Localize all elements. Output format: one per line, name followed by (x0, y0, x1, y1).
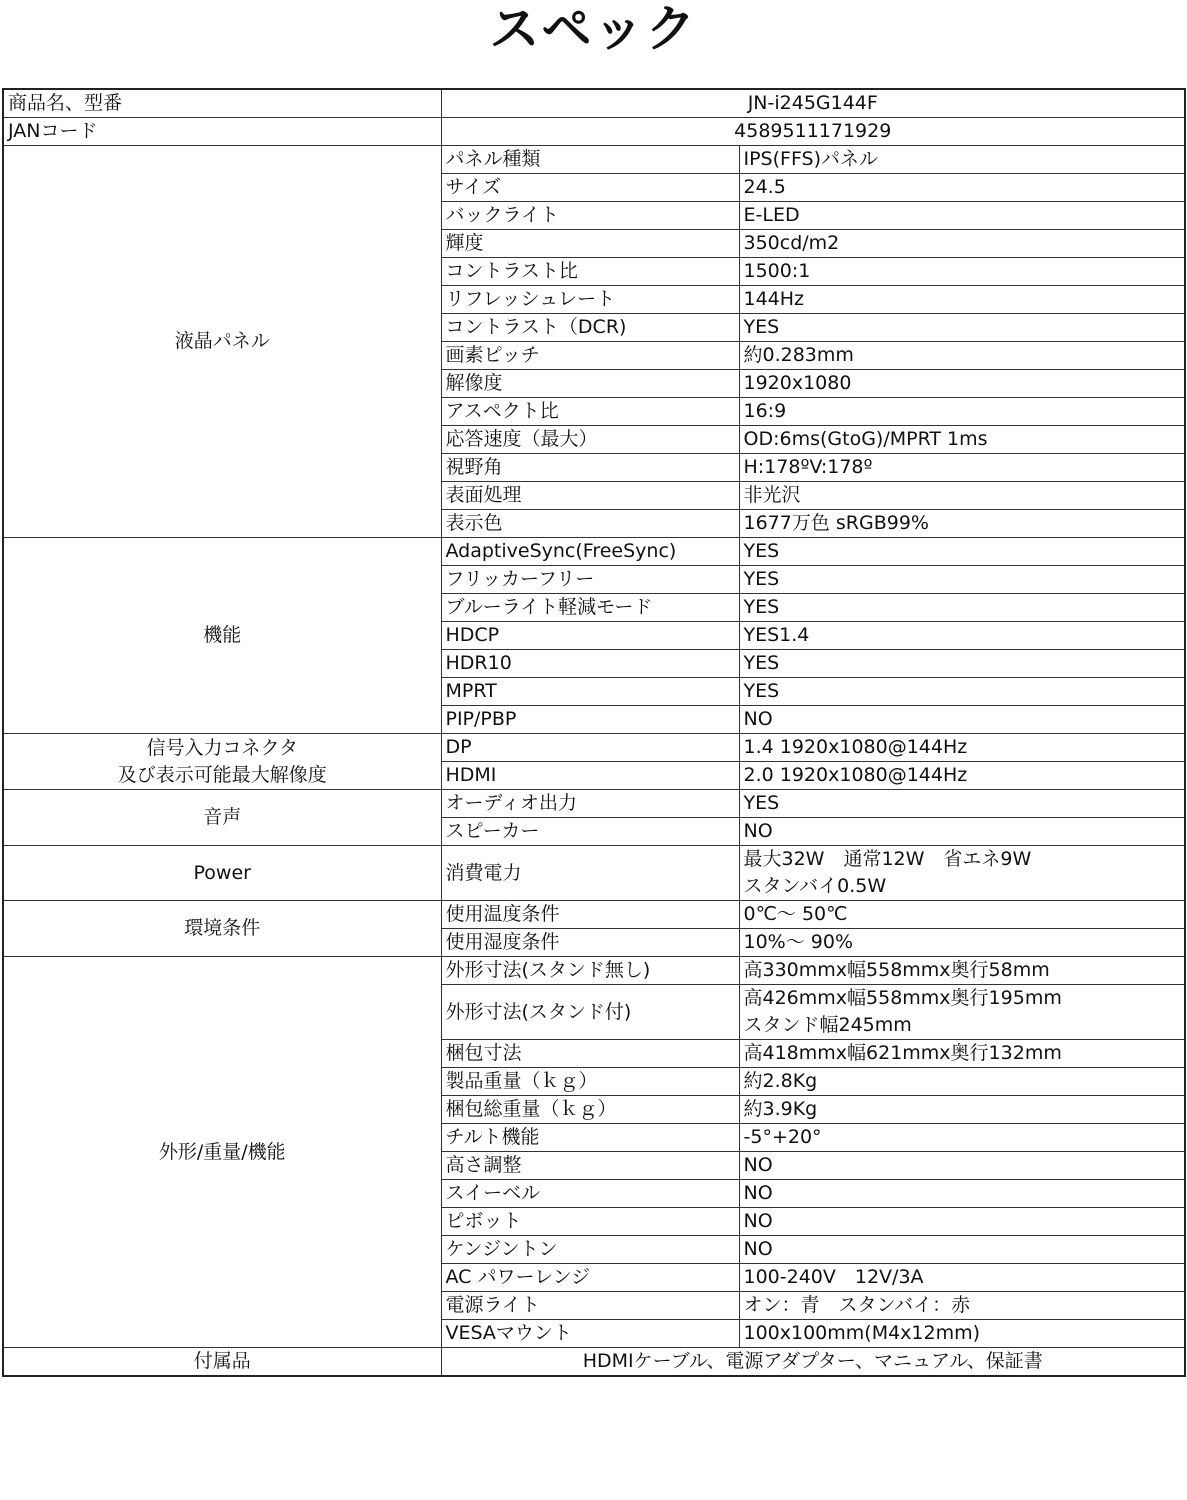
row-value: 100x100mm(M4x12mm) (739, 1320, 1185, 1348)
row-value: 約0.283mm (739, 342, 1185, 370)
row-label: MPRT (441, 678, 739, 706)
row-label: スピーカー (441, 818, 739, 846)
category-cell: 信号入力コネクタ 及び表示可能最大解像度 (3, 734, 441, 790)
row-label: 表面処理 (441, 482, 739, 510)
row-value: 350cd/m2 (739, 230, 1185, 258)
table-row: Power 消費電力 最大32W 通常12W 省エネ9W スタンバイ0.5W (3, 846, 1185, 901)
row-value: 10%～ 90% (739, 929, 1185, 957)
row-value: HDMIケーブル、電源アダプター、マニュアル、保証書 (441, 1348, 1185, 1377)
row-value: 0℃～ 50℃ (739, 901, 1185, 929)
row-label: バックライト (441, 202, 739, 230)
row-label: AC パワーレンジ (441, 1264, 739, 1292)
row-value: IPS(FFS)パネル (739, 146, 1185, 174)
row-value: NO (739, 706, 1185, 734)
spec-table: 商品名、型番 JN-i245G144F JANコード 4589511171929… (2, 88, 1186, 1377)
row-label: オーディオ出力 (441, 790, 739, 818)
row-label: 視野角 (441, 454, 739, 482)
table-row: 外形/重量/機能 外形寸法(スタンド無し) 高330mmx幅558mmx奥行58… (3, 957, 1185, 985)
category-cell: 液晶パネル (3, 146, 441, 538)
row-value: YES (739, 790, 1185, 818)
row-label: 高さ調整 (441, 1152, 739, 1180)
row-value: 最大32W 通常12W 省エネ9W スタンバイ0.5W (739, 846, 1185, 901)
table-row: 環境条件 使用温度条件 0℃～ 50℃ (3, 901, 1185, 929)
table-row-jan: JANコード 4589511171929 (3, 118, 1185, 146)
row-label: ピボット (441, 1208, 739, 1236)
row-value: YES (739, 314, 1185, 342)
row-label: 表示色 (441, 510, 739, 538)
row-value: 1.4 1920x1080@144Hz (739, 734, 1185, 762)
row-label: サイズ (441, 174, 739, 202)
row-value: 4589511171929 (441, 118, 1185, 146)
row-value: 16:9 (739, 398, 1185, 426)
value-line: スタンド幅245mm (744, 1012, 1181, 1039)
row-value: NO (739, 1152, 1185, 1180)
table-row-model: 商品名、型番 JN-i245G144F (3, 89, 1185, 118)
row-value: 1677万色 sRGB99% (739, 510, 1185, 538)
row-label: アスペクト比 (441, 398, 739, 426)
row-value: YES (739, 594, 1185, 622)
row-value: NO (739, 1180, 1185, 1208)
row-label: HDR10 (441, 650, 739, 678)
row-value: YES (739, 678, 1185, 706)
row-value: 1500:1 (739, 258, 1185, 286)
category-line: 信号入力コネクタ (8, 735, 437, 762)
row-value: 高418mmx幅621mmx奥行132mm (739, 1040, 1185, 1068)
value-line: 高426mmx幅558mmx奥行195mm (744, 985, 1181, 1012)
row-value: オン：青 スタンバイ：赤 (739, 1292, 1185, 1320)
category-cell: 環境条件 (3, 901, 441, 957)
row-value: 高426mmx幅558mmx奥行195mm スタンド幅245mm (739, 985, 1185, 1040)
row-value: 非光沢 (739, 482, 1185, 510)
category-cell: 音声 (3, 790, 441, 846)
row-label: 梱包総重量（ｋｇ） (441, 1096, 739, 1124)
value-line: 最大32W 通常12W 省エネ9W (744, 846, 1181, 873)
row-label: 外形寸法(スタンド付) (441, 985, 739, 1040)
row-value: NO (739, 1208, 1185, 1236)
row-label: 商品名、型番 (3, 89, 441, 118)
row-label: AdaptiveSync(FreeSync) (441, 538, 739, 566)
category-cell: Power (3, 846, 441, 901)
row-label: 外形寸法(スタンド無し) (441, 957, 739, 985)
row-label: 電源ライト (441, 1292, 739, 1320)
table-row-accessories: 付属品 HDMIケーブル、電源アダプター、マニュアル、保証書 (3, 1348, 1185, 1377)
row-label: リフレッシュレート (441, 286, 739, 314)
row-value: E-LED (739, 202, 1185, 230)
row-label: コントラスト比 (441, 258, 739, 286)
row-value: YES (739, 566, 1185, 594)
table-row: 液晶パネル パネル種類 IPS(FFS)パネル (3, 146, 1185, 174)
row-label: 製品重量（ｋｇ） (441, 1068, 739, 1096)
row-label: VESAマウント (441, 1320, 739, 1348)
table-row: 機能 AdaptiveSync(FreeSync) YES (3, 538, 1185, 566)
row-value: 24.5 (739, 174, 1185, 202)
row-label: 使用湿度条件 (441, 929, 739, 957)
row-value: 1920x1080 (739, 370, 1185, 398)
category-cell: 機能 (3, 538, 441, 734)
row-label: JANコード (3, 118, 441, 146)
row-value: 100-240V 12V/3A (739, 1264, 1185, 1292)
row-value: YES (739, 538, 1185, 566)
page-title: スペック (0, 0, 1187, 62)
row-value: H:178ºV:178º (739, 454, 1185, 482)
table-row: 音声 オーディオ出力 YES (3, 790, 1185, 818)
row-value: YES (739, 650, 1185, 678)
row-label: HDCP (441, 622, 739, 650)
row-label: 解像度 (441, 370, 739, 398)
row-label: 応答速度（最大） (441, 426, 739, 454)
value-line: スタンバイ0.5W (744, 873, 1181, 900)
table-row: 信号入力コネクタ 及び表示可能最大解像度 DP 1.4 1920x1080@14… (3, 734, 1185, 762)
row-label: 画素ピッチ (441, 342, 739, 370)
row-label: 梱包寸法 (441, 1040, 739, 1068)
category-line: 及び表示可能最大解像度 (8, 762, 437, 789)
row-value: 約2.8Kg (739, 1068, 1185, 1096)
row-label: 消費電力 (441, 846, 739, 901)
row-label: フリッカーフリー (441, 566, 739, 594)
row-value: 高330mmx幅558mmx奥行58mm (739, 957, 1185, 985)
row-label: ブルーライト軽減モード (441, 594, 739, 622)
category-cell: 付属品 (3, 1348, 441, 1377)
row-label: HDMI (441, 762, 739, 790)
row-label: 輝度 (441, 230, 739, 258)
row-label: PIP/PBP (441, 706, 739, 734)
row-label: チルト機能 (441, 1124, 739, 1152)
row-value: -5°+20° (739, 1124, 1185, 1152)
row-label: ケンジントン (441, 1236, 739, 1264)
row-value: NO (739, 818, 1185, 846)
row-value: JN-i245G144F (441, 89, 1185, 118)
row-label: 使用温度条件 (441, 901, 739, 929)
row-value: NO (739, 1236, 1185, 1264)
row-value: 約3.9Kg (739, 1096, 1185, 1124)
row-value: YES1.4 (739, 622, 1185, 650)
category-cell: 外形/重量/機能 (3, 957, 441, 1348)
row-value: 144Hz (739, 286, 1185, 314)
row-label: パネル種類 (441, 146, 739, 174)
row-label: スイーベル (441, 1180, 739, 1208)
row-value: OD:6ms(GtoG)/MPRT 1ms (739, 426, 1185, 454)
row-value: 2.0 1920x1080@144Hz (739, 762, 1185, 790)
row-label: DP (441, 734, 739, 762)
row-label: コントラスト（DCR) (441, 314, 739, 342)
